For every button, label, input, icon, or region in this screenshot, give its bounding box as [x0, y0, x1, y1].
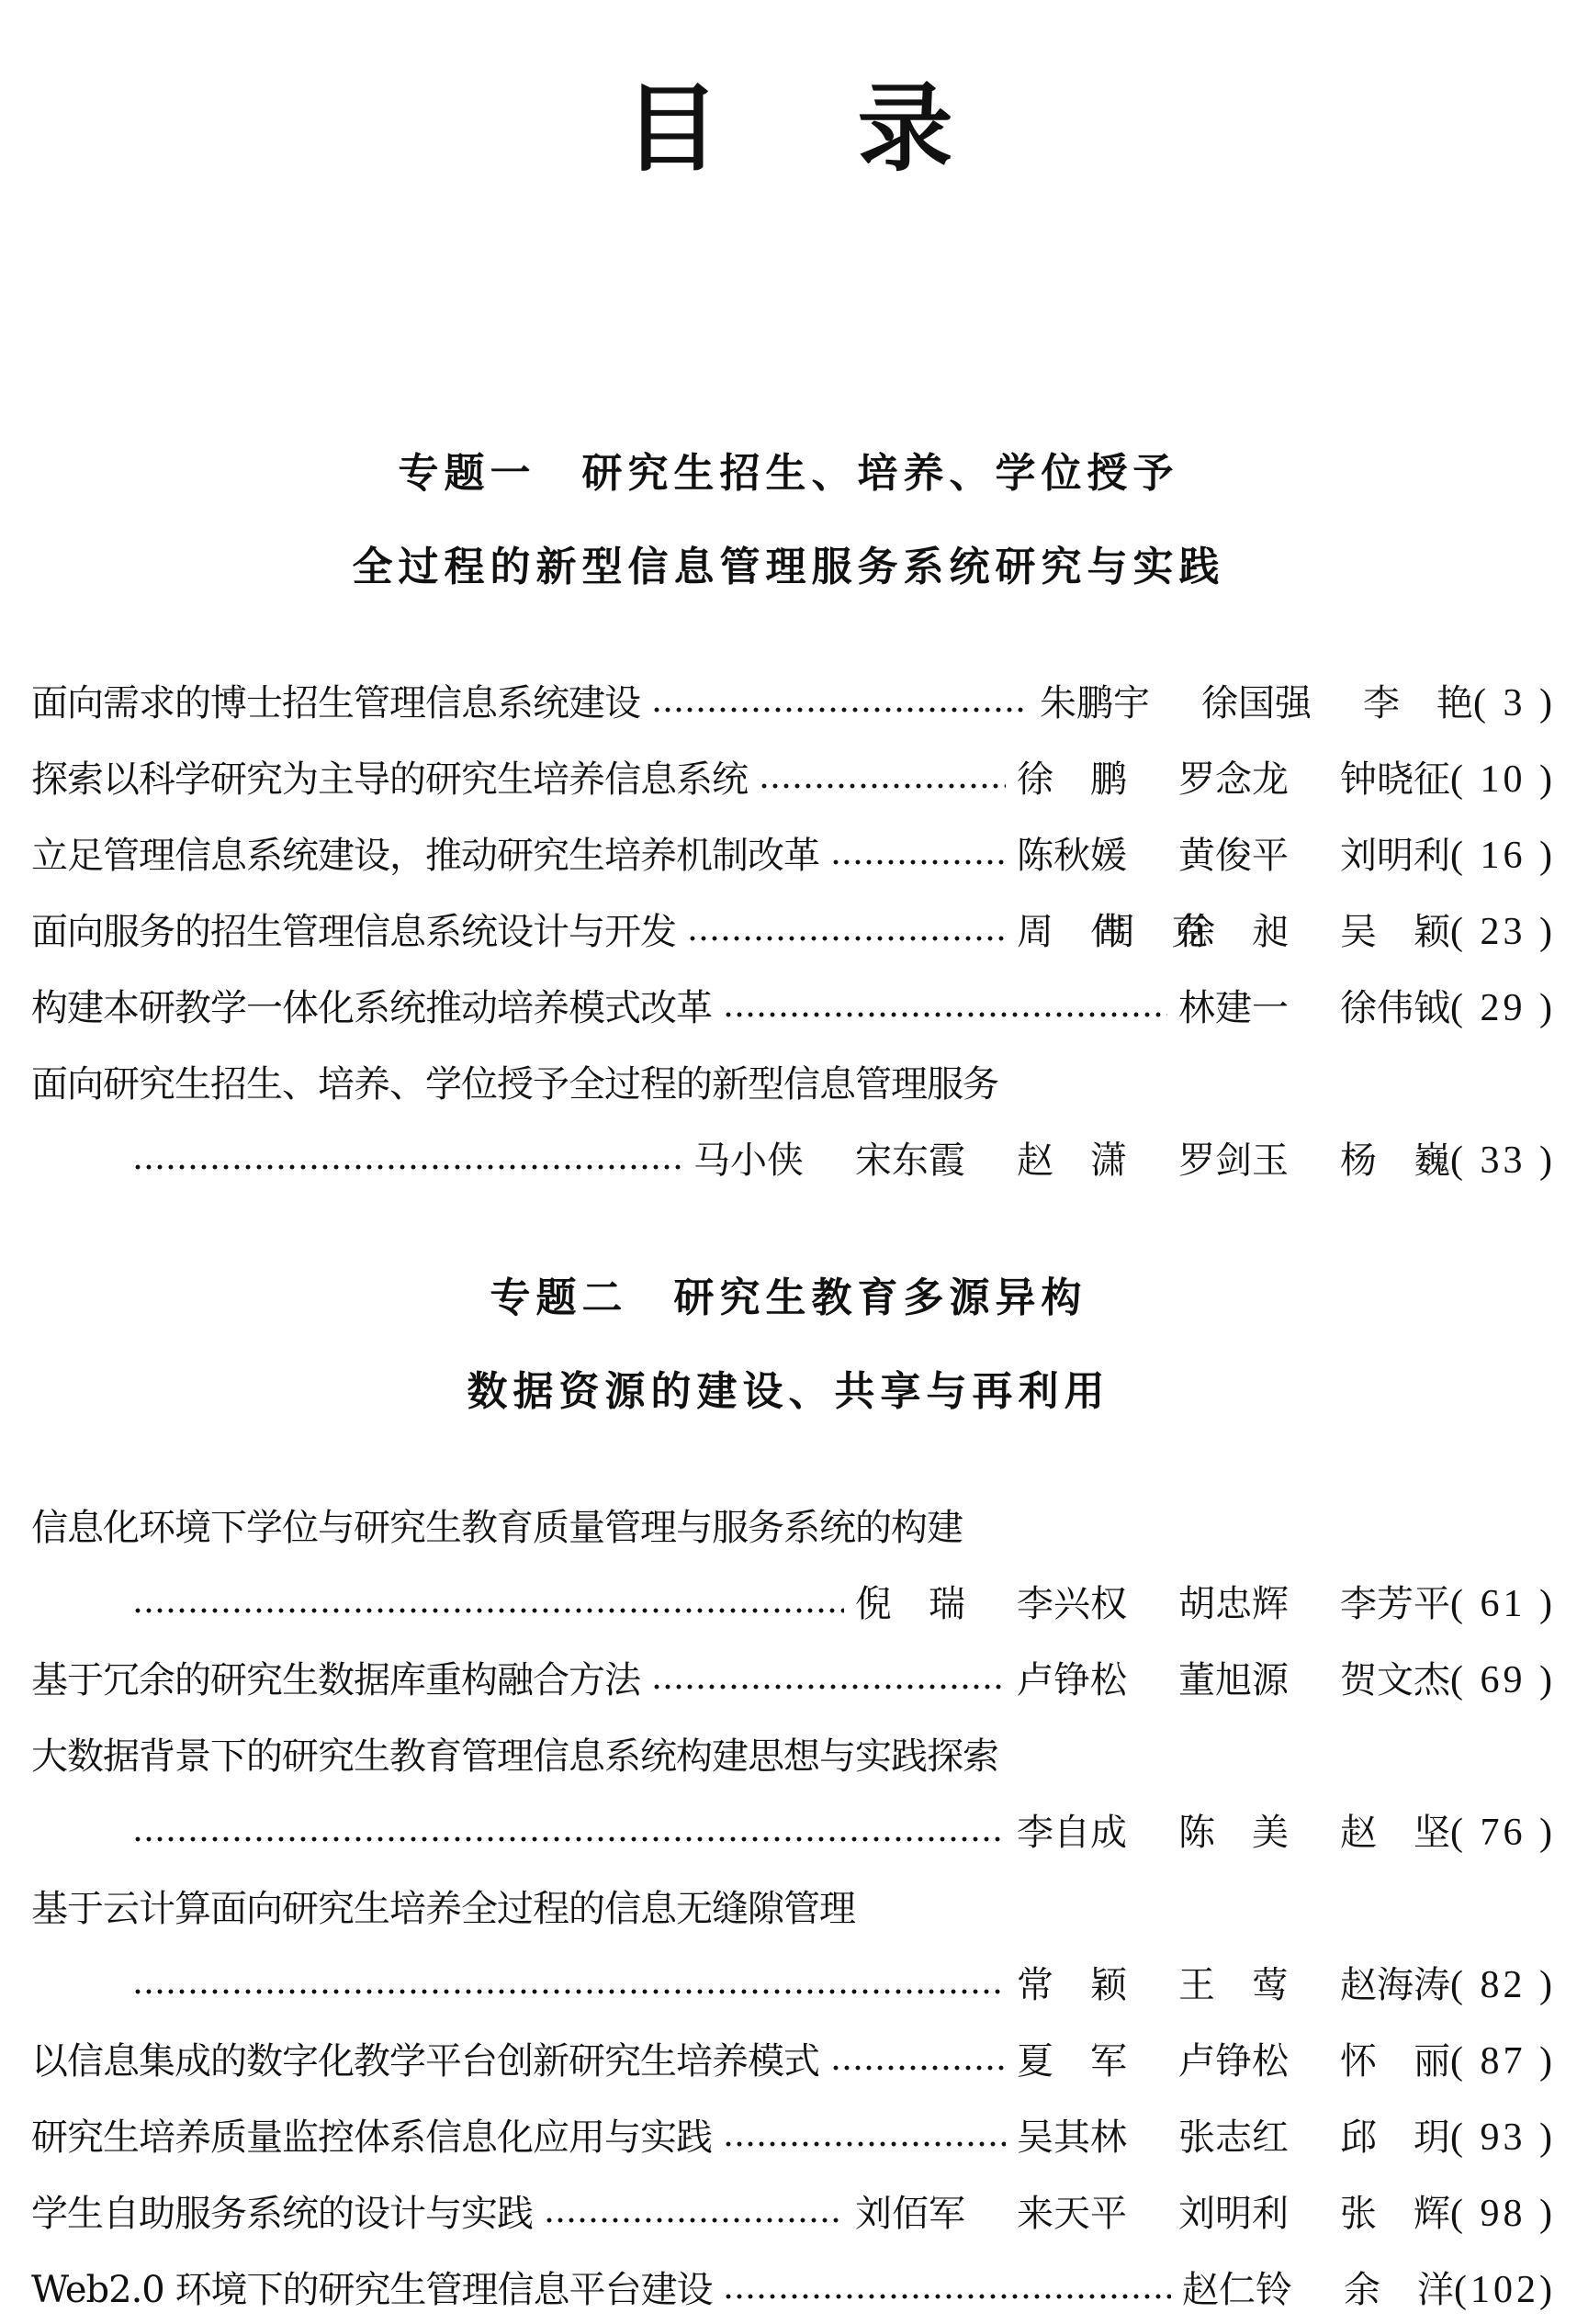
author: 李芳平	[1340, 1586, 1450, 1622]
toc-entry[interactable]: 信息化环境下学位与研究生教育质量管理与服务系统的构建	[31, 1504, 1556, 1552]
dot-leader	[544, 2217, 844, 2224]
author: 吴 颖	[1340, 914, 1450, 950]
toc-entry[interactable]: 以信息集成的数字化教学平台创新研究生培养模式 夏 军 卢铮松 怀 丽 ( 87 …	[31, 2038, 1556, 2085]
author: 陈 美	[1178, 1814, 1340, 1851]
dot-leader	[759, 782, 1006, 790]
author: 余 洋	[1344, 2272, 1454, 2308]
entry-title[interactable]: 基于云计算面向研究生培养全过程的信息无缝隙管理	[31, 1891, 855, 1927]
section-2-heading-line-1: 专题二 研究生教育多源异构	[0, 1278, 1577, 1319]
dot-leader	[132, 1163, 682, 1171]
page-number: ( 82 )	[1450, 1966, 1556, 2004]
page-number: ( 23 )	[1450, 913, 1556, 951]
author: 林建一	[1178, 990, 1340, 1027]
author: 赵海涛	[1340, 1967, 1450, 2004]
dot-leader	[687, 935, 1006, 942]
entry-title[interactable]: 研究生培养质量监控体系信息化应用与实践	[31, 2119, 712, 2156]
entry-title[interactable]: Web2.0 环境下的研究生管理信息平台建设	[31, 2272, 712, 2308]
entry-title[interactable]: 大数据背景下的研究生教育管理信息系统构建思想与实践探索	[31, 1738, 998, 1775]
entry-title[interactable]: 构建本研教学一体化系统推动培养模式改革	[31, 990, 712, 1027]
dot-leader	[723, 2140, 1006, 2148]
toc-entry[interactable]: 探索以科学研究为主导的研究生培养信息系统 徐 鹏 罗念龙 钟晓征 ( 10 )	[31, 756, 1556, 803]
dot-leader	[830, 859, 1006, 866]
author: 朱鹏宇	[1040, 685, 1201, 722]
author: 邱 玥	[1340, 2119, 1450, 2156]
toc-entry[interactable]: 面向需求的博士招生管理信息系统建设 朱鹏宇 徐国强 李 艳 ( 3 )	[31, 679, 1556, 727]
toc-entry[interactable]: 大数据背景下的研究生教育管理信息系统构建思想与实践探索	[31, 1733, 1556, 1780]
toc-entry[interactable]: 面向研究生招生、培养、学位授予全过程的新型信息管理服务	[31, 1061, 1556, 1108]
dot-leader	[830, 2064, 1006, 2071]
page-number: ( 10 )	[1450, 760, 1556, 799]
entry-title[interactable]: 面向服务的招生管理信息系统设计与开发	[31, 914, 676, 950]
entry-title[interactable]: 以信息集成的数字化教学平台创新研究生培养模式	[31, 2043, 819, 2080]
entry-authors: 徐 鹏 罗念龙 钟晓征	[1017, 761, 1450, 798]
author: 董旭源	[1178, 1662, 1340, 1699]
author: 胡忠辉	[1178, 1586, 1340, 1622]
author: 陈秋媛	[1017, 837, 1178, 874]
toc-entry[interactable]: 学生自助服务系统的设计与实践 刘佰军 来天平 刘明利 张 辉 ( 98 )	[31, 2190, 1556, 2238]
author: 李 艳	[1363, 685, 1473, 722]
author: 来天平	[1017, 2195, 1178, 2232]
entry-authors: 马小侠 宋东霞 赵 潇 罗剑玉 杨 巍	[693, 1142, 1450, 1179]
entry-authors: 夏 军 卢铮松 怀 丽	[1017, 2043, 1450, 2080]
author: 罗念龙	[1178, 761, 1340, 798]
author: 张 辉	[1340, 2195, 1450, 2232]
page-number: ( 33 )	[1450, 1141, 1556, 1180]
page-title: 目录	[0, 81, 1577, 176]
author: 胡 克	[1098, 914, 1178, 950]
dot-leader	[651, 1683, 1006, 1690]
section-1-heading-line-1: 专题一 研究生招生、培养、学位授予	[0, 454, 1577, 494]
author: 罗剑玉	[1178, 1142, 1340, 1179]
page-title-char-1: 目	[624, 81, 719, 176]
section-2-heading-line-2: 数据资源的建设、共享与再利用	[0, 1372, 1577, 1412]
author: 徐伟钺	[1340, 990, 1450, 1027]
author: 黄俊平	[1178, 837, 1340, 874]
page-number: ( 3 )	[1473, 684, 1556, 723]
entry-authors: 卢铮松 董旭源 贺文杰	[1017, 1662, 1450, 1699]
author: 倪 瑞	[855, 1586, 1017, 1622]
dot-leader	[651, 706, 1029, 713]
author: 杨 巍	[1340, 1142, 1450, 1179]
entry-title[interactable]: 基于冗余的研究生数据库重构融合方法	[31, 1662, 640, 1699]
toc-entry-continuation: 李自成 陈 美 赵 坚 ( 76 )	[132, 1809, 1556, 1857]
author: 徐 昶	[1178, 914, 1340, 950]
author: 赵仁铃	[1182, 2272, 1344, 2308]
author: 张志红	[1178, 2119, 1340, 2156]
toc-entry[interactable]: 研究生培养质量监控体系信息化应用与实践 吴其林 张志红 邱 玥 ( 93 )	[31, 2114, 1556, 2161]
author: 马小侠	[693, 1142, 855, 1179]
author: 刘明利	[1178, 2195, 1340, 2232]
author: 卢铮松	[1017, 1662, 1178, 1699]
author: 徐 鹏	[1017, 761, 1178, 798]
entry-authors: 常 颖 王 莺 赵海涛	[1017, 1967, 1450, 2004]
page-number: ( 61 )	[1450, 1585, 1556, 1623]
author: 赵 坚	[1340, 1814, 1450, 1851]
dot-leader	[723, 2293, 1171, 2300]
author: 钟晓征	[1340, 761, 1450, 798]
author: 贺文杰	[1340, 1662, 1450, 1699]
author: 吴其林	[1017, 2119, 1178, 2156]
dot-leader	[132, 1988, 1006, 1995]
entry-title[interactable]: 面向需求的博士招生管理信息系统建设	[31, 685, 640, 722]
page-number: ( 69 )	[1450, 1661, 1556, 1700]
toc-entry[interactable]: 构建本研教学一体化系统推动培养模式改革 林建一 徐伟钺 ( 29 )	[31, 984, 1556, 1032]
entry-authors: 李自成 陈 美 赵 坚	[1017, 1814, 1450, 1851]
page-number: ( 76 )	[1450, 1813, 1556, 1852]
toc-entry[interactable]: Web2.0 环境下的研究生管理信息平台建设 赵仁铃 余 洋 (102)	[31, 2266, 1556, 2314]
dot-leader	[132, 1836, 1006, 1843]
author: 夏 军	[1017, 2043, 1178, 2080]
dot-leader	[132, 1607, 844, 1614]
page-number: ( 93 )	[1450, 2118, 1556, 2157]
entry-authors: 赵仁铃 余 洋	[1182, 2272, 1454, 2308]
page-number: ( 87 )	[1450, 2042, 1556, 2081]
page-number: ( 16 )	[1450, 836, 1556, 875]
author: 常 颖	[1017, 1967, 1178, 2004]
toc-entry[interactable]: 面向服务的招生管理信息系统设计与开发 周 伟 胡 克 徐 昶 吴 颖 ( 23 …	[31, 908, 1556, 956]
page-number: (102)	[1454, 2271, 1556, 2309]
entry-authors: 周 伟 胡 克 徐 昶 吴 颖	[1017, 914, 1450, 950]
toc-entry-continuation: 常 颖 王 莺 赵海涛 ( 82 )	[132, 1961, 1556, 2009]
page-title-char-2: 录	[858, 81, 953, 176]
author: 赵 潇	[1017, 1142, 1178, 1179]
toc-entry-continuation: 倪 瑞 李兴权 胡忠辉 李芳平 ( 61 )	[132, 1580, 1556, 1628]
author: 周 伟	[1017, 914, 1098, 950]
author: 李自成	[1017, 1814, 1178, 1851]
entry-authors: 倪 瑞 李兴权 胡忠辉 李芳平	[855, 1586, 1450, 1622]
toc-entry[interactable]: 立足管理信息系统建设，推动研究生培养机制改革 陈秋媛 黄俊平 刘明利 ( 16 …	[31, 832, 1556, 880]
page-number: ( 98 )	[1450, 2195, 1556, 2233]
entry-authors: 吴其林 张志红 邱 玥	[1017, 2119, 1450, 2156]
entry-title[interactable]: 面向研究生招生、培养、学位授予全过程的新型信息管理服务	[31, 1066, 998, 1103]
dot-leader	[723, 1011, 1167, 1018]
author: 刘佰军	[855, 2195, 1017, 2232]
page-number: ( 29 )	[1450, 989, 1556, 1027]
toc-entry-continuation: 马小侠 宋东霞 赵 潇 罗剑玉 杨 巍 ( 33 )	[132, 1137, 1556, 1184]
author: 刘明利	[1340, 837, 1450, 874]
author: 怀 丽	[1340, 2043, 1450, 2080]
entry-title[interactable]: 信息化环境下学位与研究生教育质量管理与服务系统的构建	[31, 1510, 963, 1546]
entry-authors: 朱鹏宇 徐国强 李 艳	[1040, 685, 1473, 722]
author: 王 莺	[1178, 1967, 1340, 2004]
entry-title[interactable]: 立足管理信息系统建设，推动研究生培养机制改革	[31, 837, 819, 874]
entry-title[interactable]: 探索以科学研究为主导的研究生培养信息系统	[31, 761, 748, 798]
author: 卢铮松	[1178, 2043, 1340, 2080]
section-1-heading-line-2: 全过程的新型信息管理服务系统研究与实践	[0, 547, 1577, 588]
entry-title[interactable]: 学生自助服务系统的设计与实践	[31, 2195, 533, 2232]
toc-entry[interactable]: 基于冗余的研究生数据库重构融合方法 卢铮松 董旭源 贺文杰 ( 69 )	[31, 1656, 1556, 1704]
toc-entry[interactable]: 基于云计算面向研究生培养全过程的信息无缝隙管理	[31, 1885, 1556, 1933]
entry-authors: 林建一 徐伟钺	[1178, 990, 1450, 1027]
author: 宋东霞	[855, 1142, 1017, 1179]
entry-authors: 刘佰军 来天平 刘明利 张 辉	[855, 2195, 1450, 2232]
entry-authors: 陈秋媛 黄俊平 刘明利	[1017, 837, 1450, 874]
author: 徐国强	[1201, 685, 1363, 722]
author: 李兴权	[1017, 1586, 1178, 1622]
